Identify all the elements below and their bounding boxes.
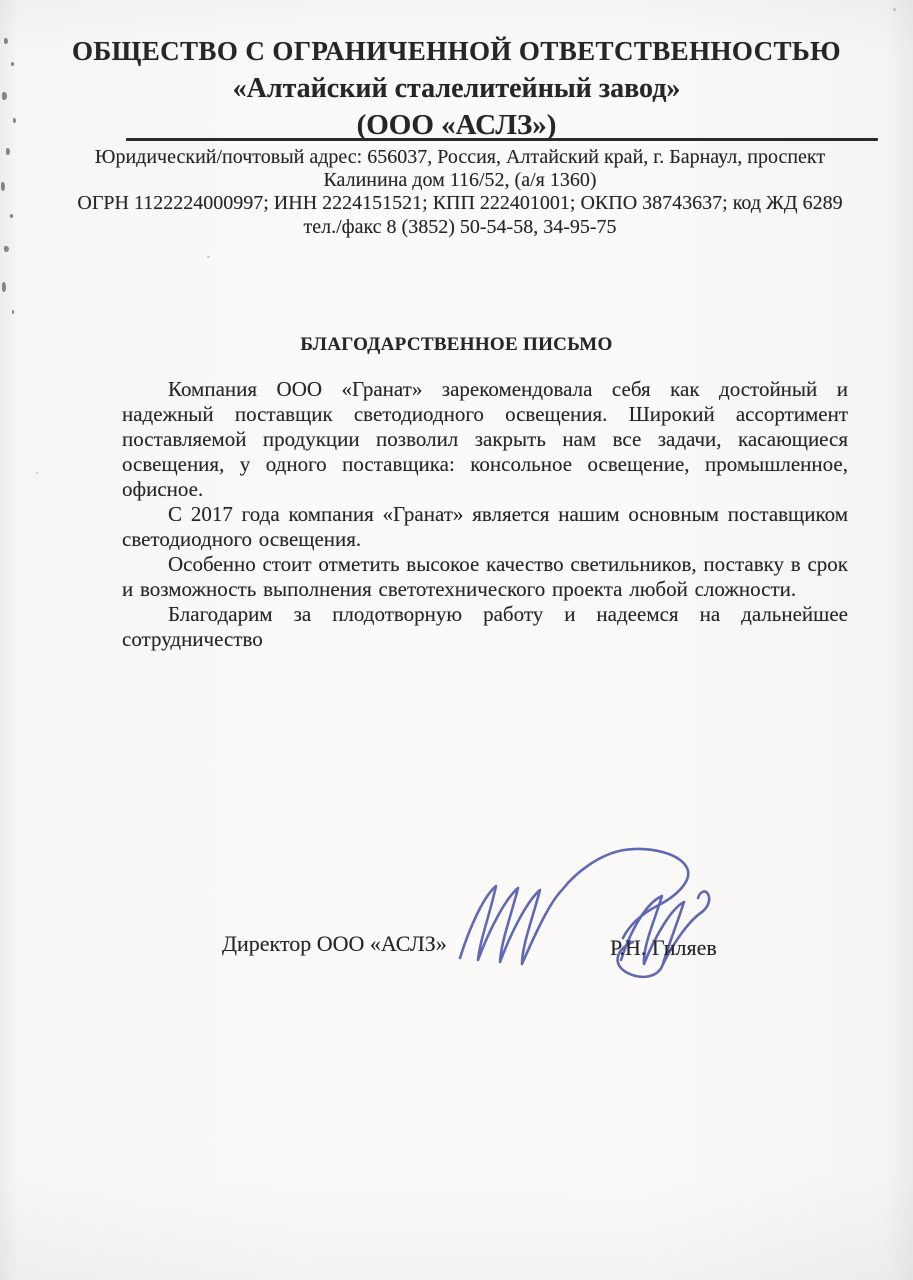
scanned-letter-page: ОБЩЕСТВО С ОГРАНИЧЕННОЙ ОТВЕТСТВЕННОСТЬЮ… bbox=[0, 0, 913, 1280]
letter-paragraph: Благодарим за плодотворную работу и наде… bbox=[122, 602, 848, 652]
address-line-1: Юридический/почтовый адрес: 656037, Росс… bbox=[60, 146, 860, 169]
contacts-block: Юридический/почтовый адрес: 656037, Росс… bbox=[60, 146, 860, 239]
signatory-name: Р.Н. Гиляев bbox=[610, 935, 717, 961]
org-brand-line: «Алтайский сталелитейный завод» bbox=[0, 75, 913, 103]
letterhead: ОБЩЕСТВО С ОГРАНИЧЕННОЙ ОТВЕТСТВЕННОСТЬЮ… bbox=[0, 38, 913, 140]
org-short-name-line: (ООО «АСЛЗ») bbox=[0, 111, 913, 140]
letter-title: БЛАГОДАРСТВЕННОЕ ПИСЬМО bbox=[0, 334, 913, 356]
letter-paragraph: С 2017 года компания «Гранат» является н… bbox=[122, 502, 848, 552]
signatory-role: Директор ООО «АСЛЗ» bbox=[222, 931, 447, 957]
letter-paragraph: Особенно стоит отметить высокое качество… bbox=[122, 552, 848, 602]
registration-codes-line: ОГРН 1122224000997; ИНН 2224151521; КПП … bbox=[60, 192, 860, 215]
phone-fax-line: тел./факс 8 (3852) 50-54-58, 34-95-75 bbox=[60, 216, 860, 239]
letter-paragraph: Компания ООО «Гранат» зарекомендовала се… bbox=[122, 377, 848, 502]
org-name-line: ОБЩЕСТВО С ОГРАНИЧЕННОЙ ОТВЕТСТВЕННОСТЬЮ bbox=[0, 38, 913, 65]
letter-body: Компания ООО «Гранат» зарекомендовала се… bbox=[122, 377, 848, 652]
letterhead-divider bbox=[126, 138, 878, 141]
address-line-2: Калинина дом 116/52, (а/я 1360) bbox=[60, 169, 860, 192]
